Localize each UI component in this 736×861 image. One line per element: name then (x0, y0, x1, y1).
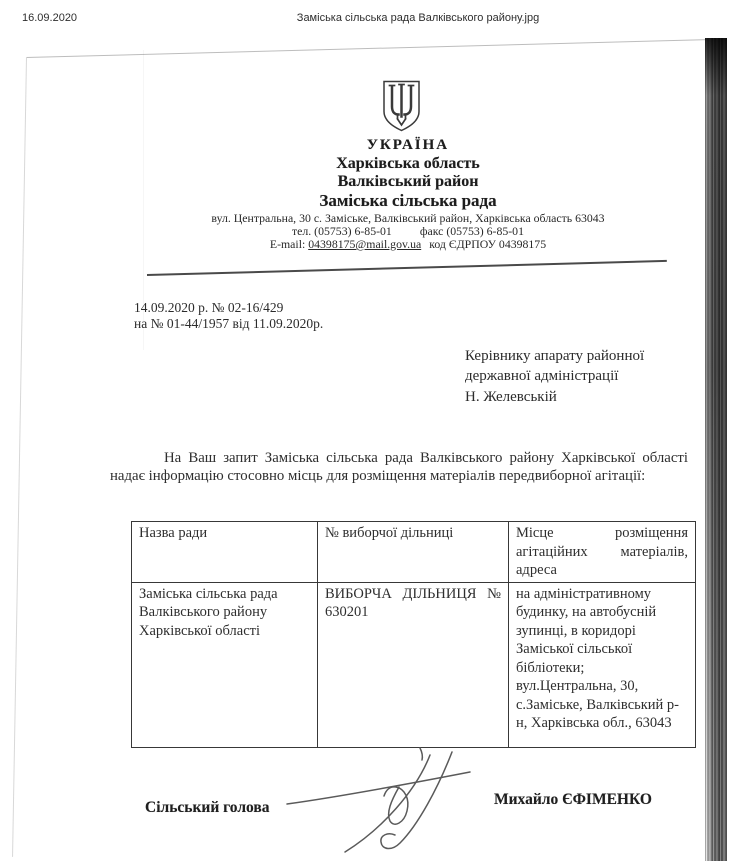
cell-places-part-1: на адміністративному будинку, на автобус… (516, 585, 688, 678)
scan-binding-strip-shade (705, 38, 727, 861)
incoming-number: на № 01-44/1957 від 11.09.2020р. (134, 316, 323, 332)
polling-places-table: Назва ради № виборчої дільниці Місце роз… (131, 521, 696, 748)
recipient-line-2: державної адміністрації (465, 366, 644, 386)
letterhead-separator-line (147, 260, 667, 276)
letterhead-phone: тел. (05753) 6-85-01 (292, 224, 392, 238)
outgoing-number: 14.09.2020 р. № 02-16/429 (134, 300, 323, 316)
recipient-block: Керівнику апарату районної державної адм… (465, 346, 644, 407)
header-council: Назва ради (132, 522, 318, 583)
letterhead-email-line: E-mail: 04398175@mail.gov.uaкод ЄДРПОУ 0… (130, 237, 686, 252)
header-places: Місце розміщення агітаційних матеріалів,… (509, 522, 696, 583)
letterhead-council: Заміська сільська рада (130, 191, 686, 211)
letterhead-district: Валківський район (130, 173, 686, 191)
table-row: Заміська сільська рада Валківського райо… (132, 582, 696, 747)
edrpou-code: код ЄДРПОУ 04398175 (429, 237, 546, 251)
cell-places-part-2: вул.Центральна, 30, с.Заміське, Валківсь… (516, 677, 688, 733)
email-label: E-mail: (270, 237, 305, 251)
body-paragraph: На Ваш запит Заміська сільська рада Валк… (110, 449, 688, 485)
letterhead-country: УКРАЇНА (130, 137, 686, 154)
ukraine-trident-shield-icon (381, 79, 422, 133)
letterhead-region: Харківська область (130, 155, 686, 173)
reference-block: 14.09.2020 р. № 02-16/429 на № 01-44/195… (134, 300, 323, 332)
print-header-date: 16.09.2020 (22, 12, 77, 24)
handwritten-signature (278, 743, 490, 861)
cell-council: Заміська сільська рада Валківського райо… (132, 582, 318, 747)
email-address: 04398175@mail.gov.ua (308, 237, 421, 251)
cell-station-number: ВИБОРЧА ДІЛЬНИЦЯ № 630201 (318, 582, 509, 747)
letterhead-fax: факс (05753) 6-85-01 (420, 224, 524, 238)
cell-places: на адміністративному будинку, на автобус… (509, 582, 696, 747)
print-preview-page: 16.09.2020 Заміська сільська рада Валків… (0, 0, 736, 861)
scan-top-edge (26, 39, 708, 58)
signer-title: Сільський голова (145, 799, 270, 817)
signer-name: Михайло ЄФІМЕНКО (494, 791, 652, 809)
header-station-number: № виборчої дільниці (318, 522, 509, 583)
scan-left-edge (12, 57, 27, 857)
print-header-filename: Заміська сільська рада Валківського райо… (297, 12, 539, 24)
table-header-row: Назва ради № виборчої дільниці Місце роз… (132, 522, 696, 583)
recipient-line-3: Н. Желевській (465, 387, 644, 407)
recipient-line-1: Керівнику апарату районної (465, 346, 644, 366)
